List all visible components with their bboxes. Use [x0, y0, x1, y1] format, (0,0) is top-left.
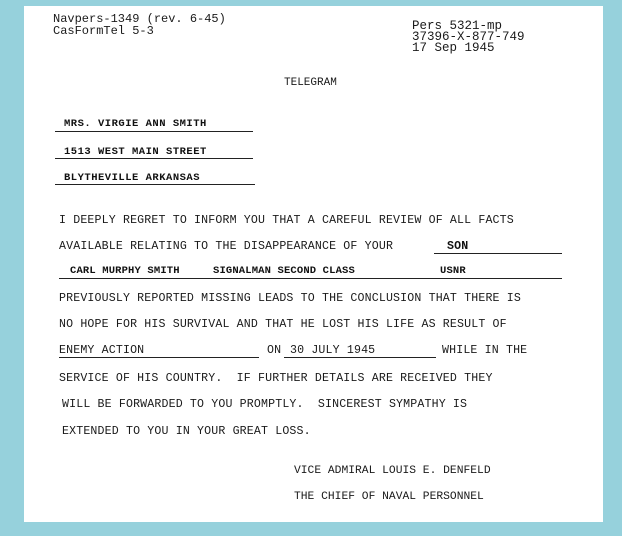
signatory-title: THE CHIEF OF NAVAL PERSONNEL	[294, 491, 484, 503]
date-of-loss: 30 JULY 1945	[290, 344, 375, 357]
body-line-4: PREVIOUSLY REPORTED MISSING LEADS TO THE…	[59, 292, 521, 305]
body-line-9: EXTENDED TO YOU IN YOUR GREAT LOSS.	[62, 425, 311, 438]
telegram-date: 17 Sep 1945	[412, 43, 495, 54]
body-line-7: SERVICE OF HIS COUNTRY. IF FURTHER DETAI…	[59, 372, 493, 385]
on-label: ON	[267, 344, 281, 357]
body-line-2: AVAILABLE RELATING TO THE DISAPPEARANCE …	[59, 240, 393, 253]
body-line-5: NO HOPE FOR HIS SURVIVAL AND THAT HE LOS…	[59, 318, 507, 331]
underline	[55, 158, 253, 159]
underline	[434, 253, 562, 254]
relation: SON	[447, 240, 468, 253]
document-title: TELEGRAM	[284, 77, 337, 89]
cause-of-loss: ENEMY ACTION	[59, 344, 144, 357]
recipient-street: 1513 WEST MAIN STREET	[64, 146, 207, 158]
service-branch: USNR	[440, 265, 466, 277]
underline	[284, 357, 436, 358]
underline	[55, 131, 253, 132]
form-code: CasFormTel 5-3	[53, 26, 154, 37]
underline	[59, 357, 259, 358]
recipient-name: MRS. VIRGIE ANN SMITH	[64, 118, 207, 130]
underline	[55, 184, 255, 185]
recipient-city: BLYTHEVILLE ARKANSAS	[64, 172, 200, 184]
sailor-name: CARL MURPHY SMITH	[70, 265, 180, 277]
body-line-1: I DEEPLY REGRET TO INFORM YOU THAT A CAR…	[59, 214, 514, 227]
underline	[59, 278, 562, 279]
sailor-rank: SIGNALMAN SECOND CLASS	[213, 265, 355, 277]
body-line-6-suffix: WHILE IN THE	[442, 344, 527, 357]
signatory-name: VICE ADMIRAL LOUIS E. DENFELD	[294, 465, 491, 477]
body-line-8: WILL BE FORWARDED TO YOU PROMPTLY. SINCE…	[62, 398, 467, 411]
